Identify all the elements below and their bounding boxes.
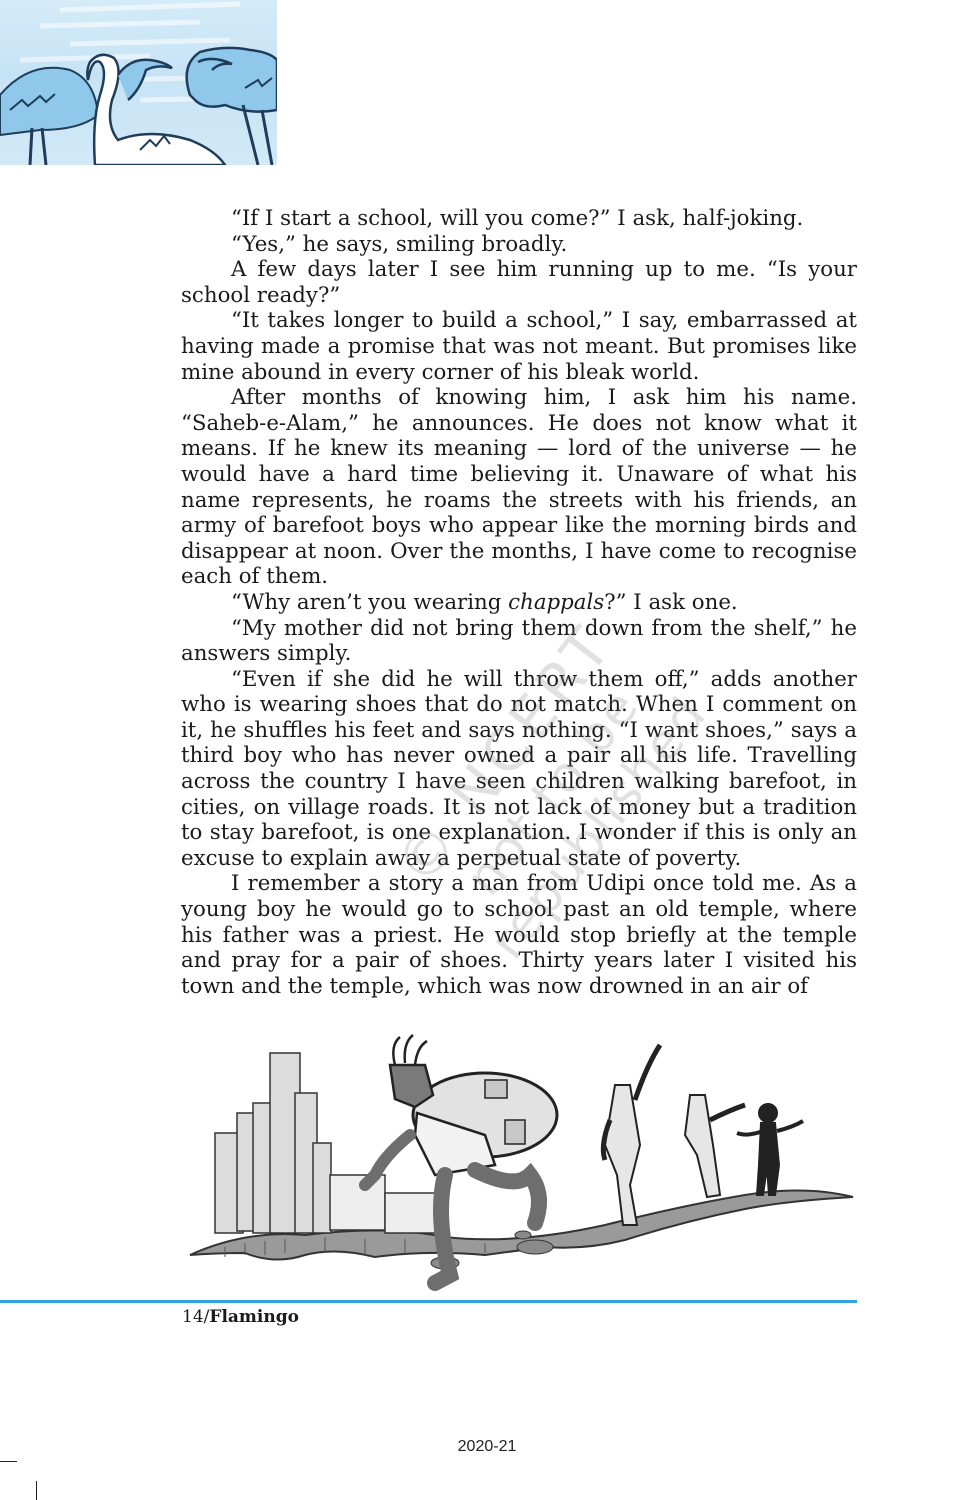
footer-rule xyxy=(0,1300,857,1303)
edition-year: 2020-21 xyxy=(0,1438,974,1456)
book-title: Flamingo xyxy=(209,1307,299,1327)
paragraph: “My mother did not bring them down from … xyxy=(181,616,857,667)
running-boys-illustration-icon xyxy=(185,1025,857,1297)
paragraph: “It takes longer to build a school,” I s… xyxy=(181,308,857,385)
flamingo-illustration-icon xyxy=(0,0,277,165)
crop-mark-bottom-vertical xyxy=(36,1481,37,1500)
page-number: 14 xyxy=(182,1307,204,1327)
flamingo-banner-image xyxy=(0,0,277,165)
barefoot-boys-illustration xyxy=(185,1025,857,1297)
paragraph: I remember a story a man from Udipi once… xyxy=(181,871,857,999)
paragraph: “If I start a school, will you come?” I … xyxy=(181,206,857,232)
text-span: “Why aren’t you wearing xyxy=(231,590,508,615)
paragraph: “Yes,” he says, smiling broadly. xyxy=(181,232,857,258)
italic-word: chappals xyxy=(508,590,604,615)
story-text: “If I start a school, will you come?” I … xyxy=(181,206,857,999)
paragraph: “Even if she did he will throw them off,… xyxy=(181,667,857,872)
paragraph: “Why aren’t you wearing chappals?” I ask… xyxy=(181,590,857,616)
paragraph: A few days later I see him running up to… xyxy=(181,257,857,308)
paragraph: After months of knowing him, I ask him h… xyxy=(181,385,857,590)
crop-mark-bottom-horizontal xyxy=(0,1461,17,1462)
text-span: ?” I ask one. xyxy=(604,590,737,615)
page-folio: 14/Flamingo xyxy=(182,1306,299,1328)
